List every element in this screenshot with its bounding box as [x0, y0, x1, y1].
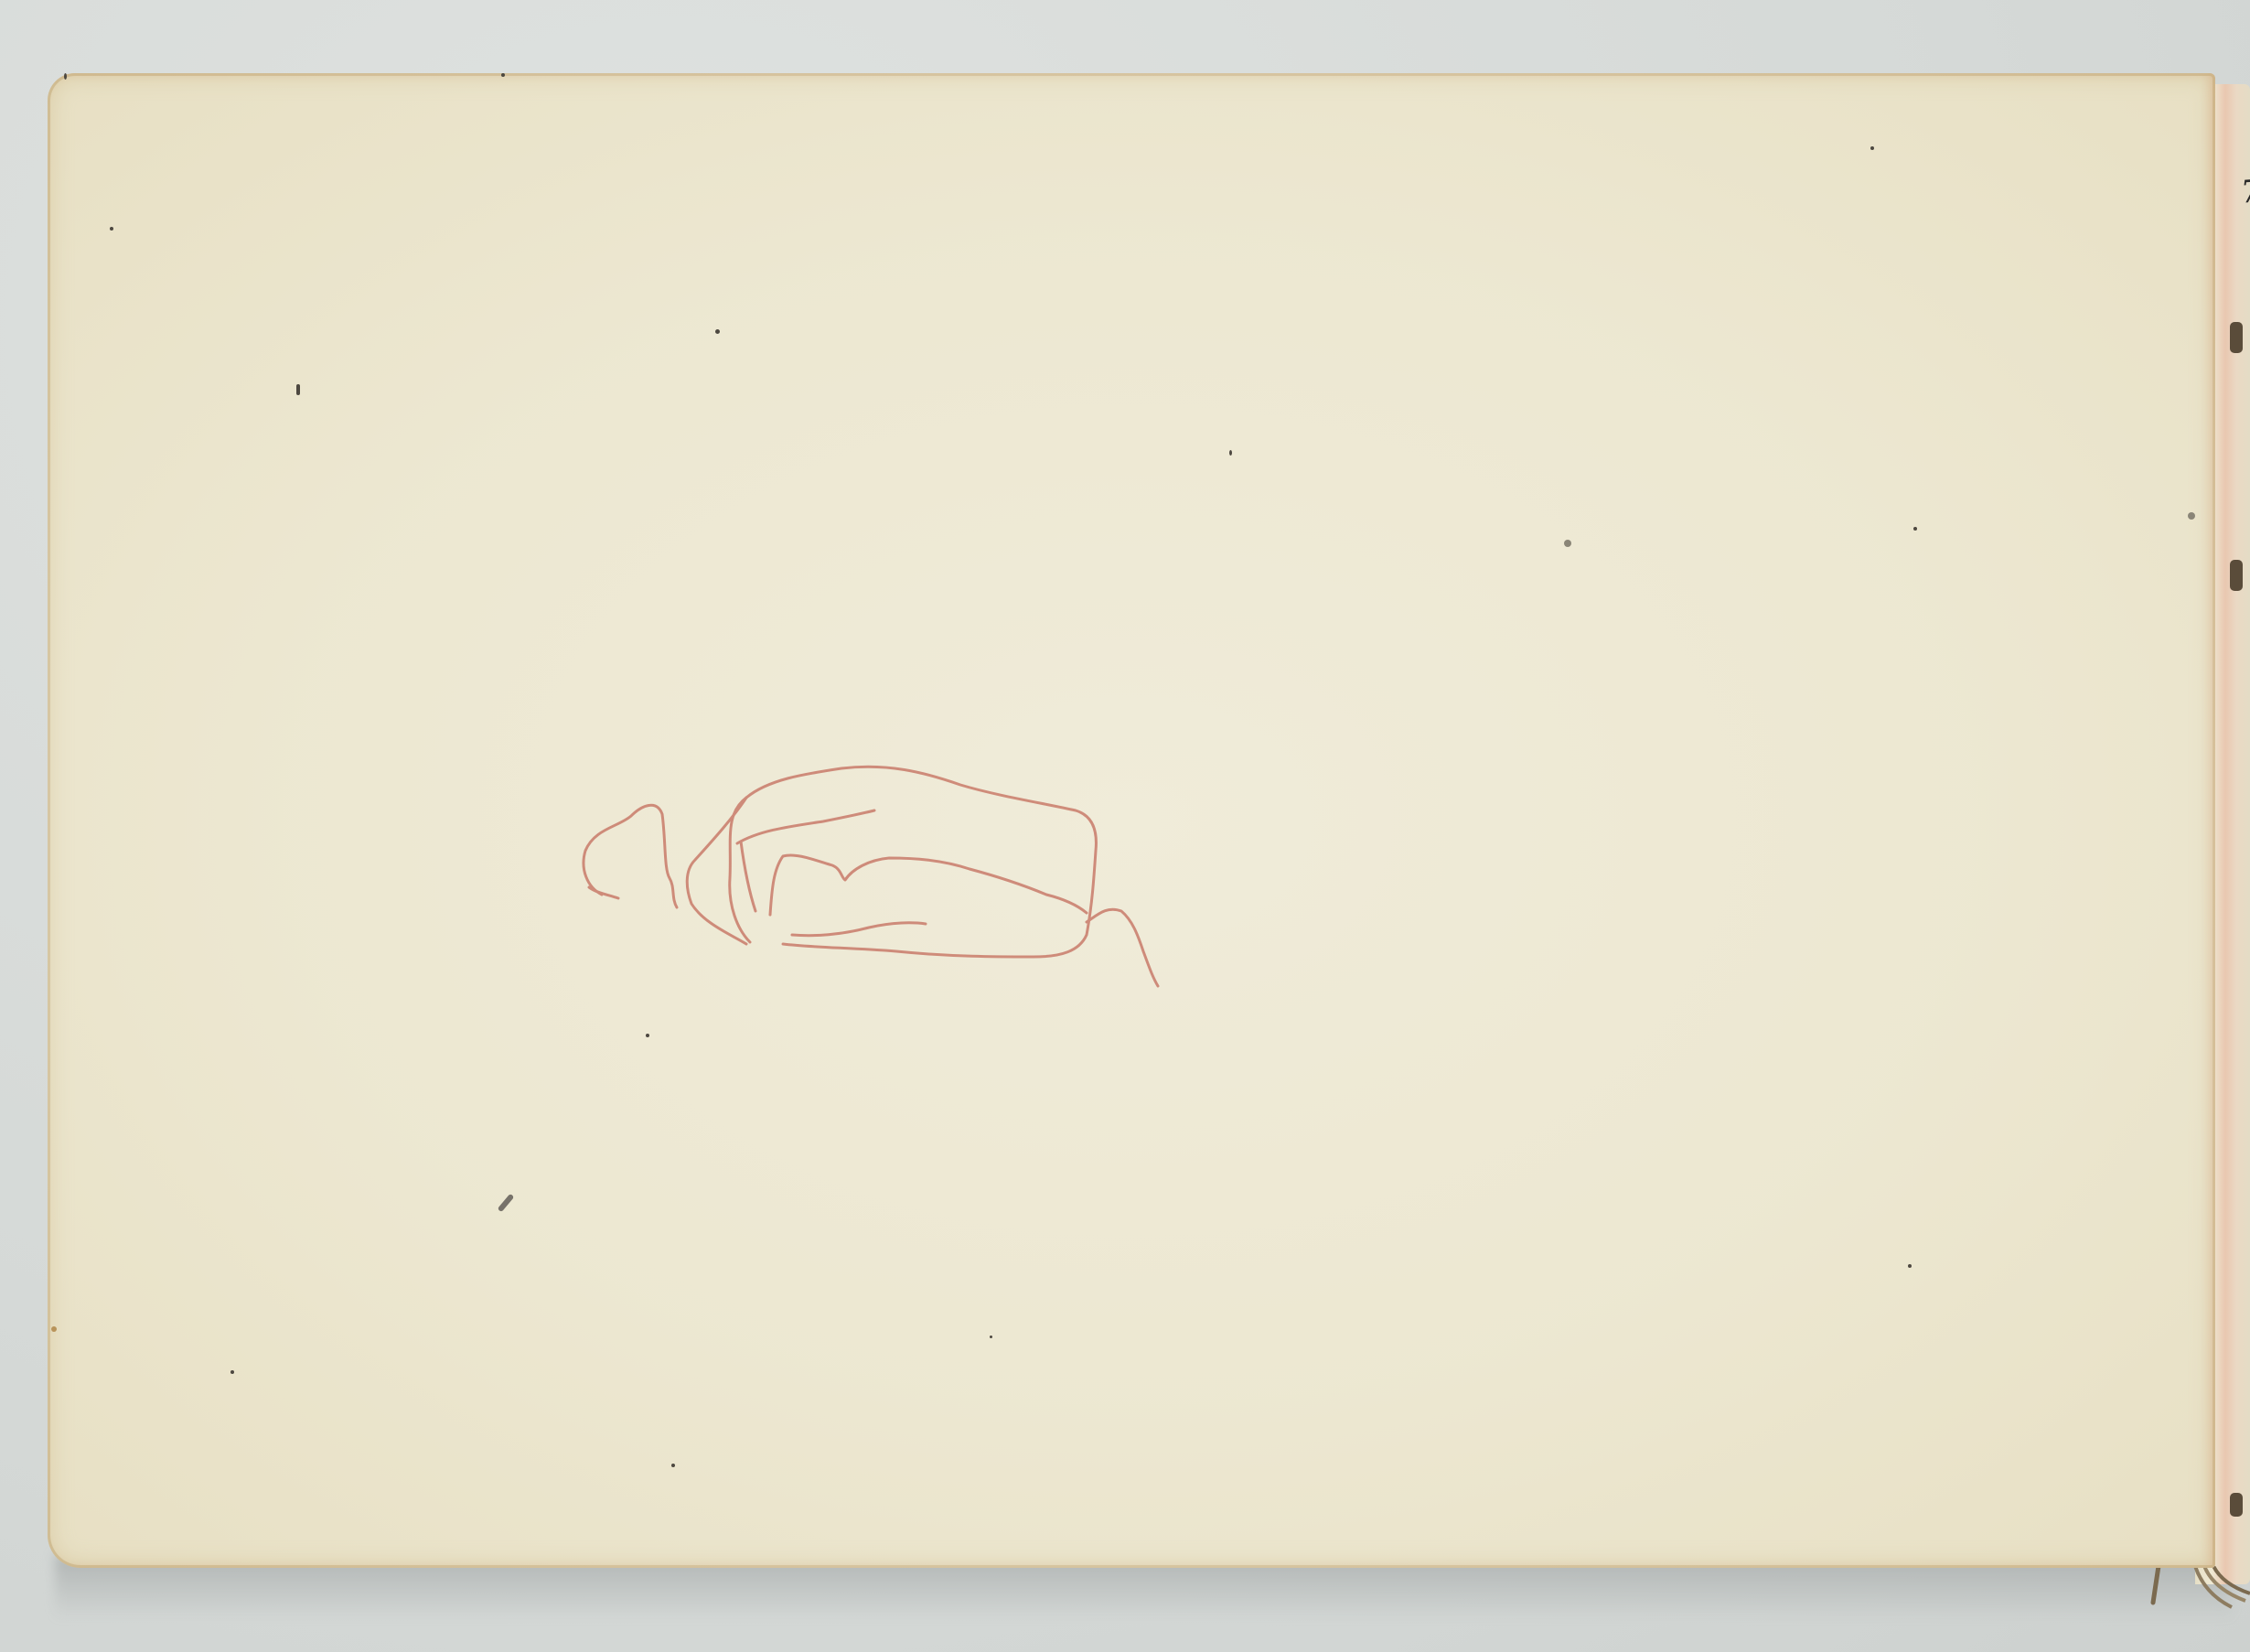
paper-speck [1229, 450, 1232, 456]
binding-stitch [2230, 1493, 2243, 1517]
paper-speck [715, 329, 720, 334]
paper-speck [990, 1336, 992, 1338]
paper-speck [296, 384, 300, 395]
paper-speck [1908, 1264, 1912, 1268]
binding-thread [2140, 1566, 2250, 1621]
paper-speck [1564, 540, 1571, 547]
red-chalk-sketch [567, 732, 1372, 988]
paper-speck [64, 73, 67, 80]
paper-speck [498, 1194, 515, 1213]
paper-speck [2188, 512, 2195, 520]
paper-speck [1870, 146, 1874, 150]
paper-speck [110, 227, 113, 231]
paper-speck [671, 1464, 675, 1467]
paper-speck [501, 73, 505, 77]
paper-speck [51, 1326, 57, 1332]
paper-speck [230, 1370, 234, 1374]
binding-stitch [2230, 322, 2243, 353]
binding-stitch [2230, 560, 2243, 591]
paper-speck [1913, 527, 1917, 531]
page-number: 7 [2240, 173, 2250, 210]
paper-speck [646, 1034, 649, 1037]
